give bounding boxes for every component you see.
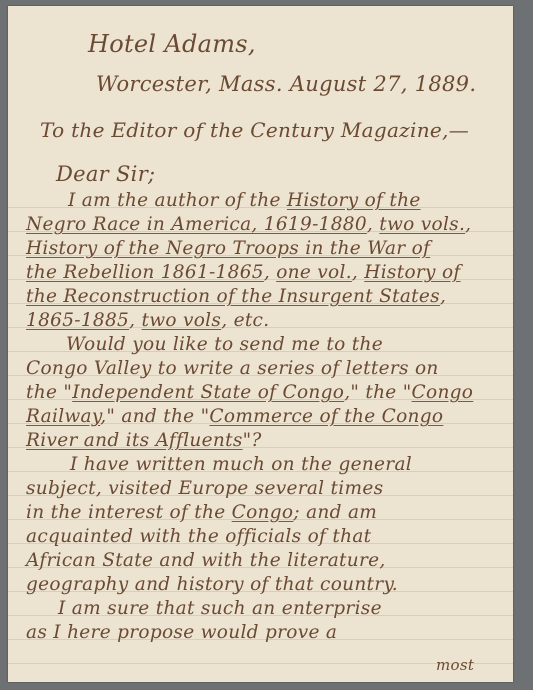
underlined-title: River and its Affluents xyxy=(26,430,243,451)
text-run: Congo Valley to write a series of letter… xyxy=(26,358,439,379)
letter-line: Would you like to send me to the xyxy=(66,334,383,355)
underlined-title: one vol. xyxy=(276,262,352,283)
text-run: I have written much on the general xyxy=(70,454,412,475)
underlined-title: the Reconstruction of the Insurgent Stat… xyxy=(26,286,440,307)
text-run: as I here propose would prove a xyxy=(26,622,337,643)
addressee: To the Editor of the Century Magazine,— xyxy=(40,118,469,142)
text-run: I am sure that such an enterprise xyxy=(58,598,382,619)
letter-line: as I here propose would prove a xyxy=(26,622,337,643)
text-run: , etc. xyxy=(221,310,269,331)
catchword: most xyxy=(436,656,474,674)
letter-page: Hotel Adams, Worcester, Mass. August 27,… xyxy=(8,6,513,682)
text-run: acquainted with the officials of that xyxy=(26,526,371,547)
letter-line: I am the author of the History of the xyxy=(68,190,421,211)
letter-line: in the interest of the Congo; and am xyxy=(26,502,377,523)
text-run: , xyxy=(264,262,276,283)
underlined-title: two vols xyxy=(142,310,222,331)
text-run: subject, visited Europe several times xyxy=(26,478,383,499)
text-run: ," the " xyxy=(344,382,411,403)
underlined-title: 1865-1885 xyxy=(26,310,129,331)
underlined-title: Commerce of the Congo xyxy=(209,406,443,427)
underlined-title: History of the xyxy=(287,190,421,211)
letter-line: African State and with the literature, xyxy=(26,550,386,571)
letterhead-city-date: Worcester, Mass. August 27, 1889. xyxy=(96,72,476,96)
underlined-title: Negro Race in America, 1619-1880 xyxy=(26,214,367,235)
text-run: Would you like to send me to the xyxy=(66,334,383,355)
text-run: , xyxy=(367,214,379,235)
underlined-title: Railway xyxy=(26,406,100,427)
text-run: , xyxy=(440,286,446,307)
salutation: Dear Sir; xyxy=(56,162,155,186)
underlined-title: two vols. xyxy=(379,214,465,235)
underlined-title: the Rebellion 1861-1865 xyxy=(26,262,264,283)
letter-line: River and its Affluents"? xyxy=(26,430,262,451)
underlined-title: Congo xyxy=(232,502,294,523)
letter-line: acquainted with the officials of that xyxy=(26,526,371,547)
text-run: in the interest of the xyxy=(26,502,232,523)
text-run: I am the author of the xyxy=(68,190,287,211)
text-run: , xyxy=(352,262,364,283)
text-run: , xyxy=(129,310,141,331)
underlined-title: History of xyxy=(364,262,460,283)
letter-line: Railway," and the "Commerce of the Congo xyxy=(26,406,443,427)
letter-line: Congo Valley to write a series of letter… xyxy=(26,358,439,379)
letterhead-place: Hotel Adams, xyxy=(88,30,256,58)
letter-line: I have written much on the general xyxy=(70,454,412,475)
letter-line: History of the Negro Troops in the War o… xyxy=(26,238,430,259)
text-run: "? xyxy=(243,430,262,451)
letter-line: the "Independent State of Congo," the "C… xyxy=(26,382,473,403)
text-run: ," and the " xyxy=(100,406,209,427)
letter-line: the Reconstruction of the Insurgent Stat… xyxy=(26,286,446,307)
underlined-title: History of the Negro Troops in the War o… xyxy=(26,238,430,259)
text-run: the " xyxy=(26,382,72,403)
letter-line: I am sure that such an enterprise xyxy=(58,598,382,619)
letter-line: geography and history of that country. xyxy=(26,574,398,595)
underlined-title: Independent State of Congo xyxy=(72,382,344,403)
underlined-title: Congo xyxy=(412,382,474,403)
letter-line: Negro Race in America, 1619-1880, two vo… xyxy=(26,214,471,235)
text-run: ; and am xyxy=(293,502,377,523)
text-run: , xyxy=(465,214,471,235)
text-run: geography and history of that country. xyxy=(26,574,398,595)
letter-line: subject, visited Europe several times xyxy=(26,478,383,499)
letter-line: the Rebellion 1861-1865, one vol., Histo… xyxy=(26,262,461,283)
letter-line: 1865-1885, two vols, etc. xyxy=(26,310,269,331)
text-run: African State and with the literature, xyxy=(26,550,386,571)
